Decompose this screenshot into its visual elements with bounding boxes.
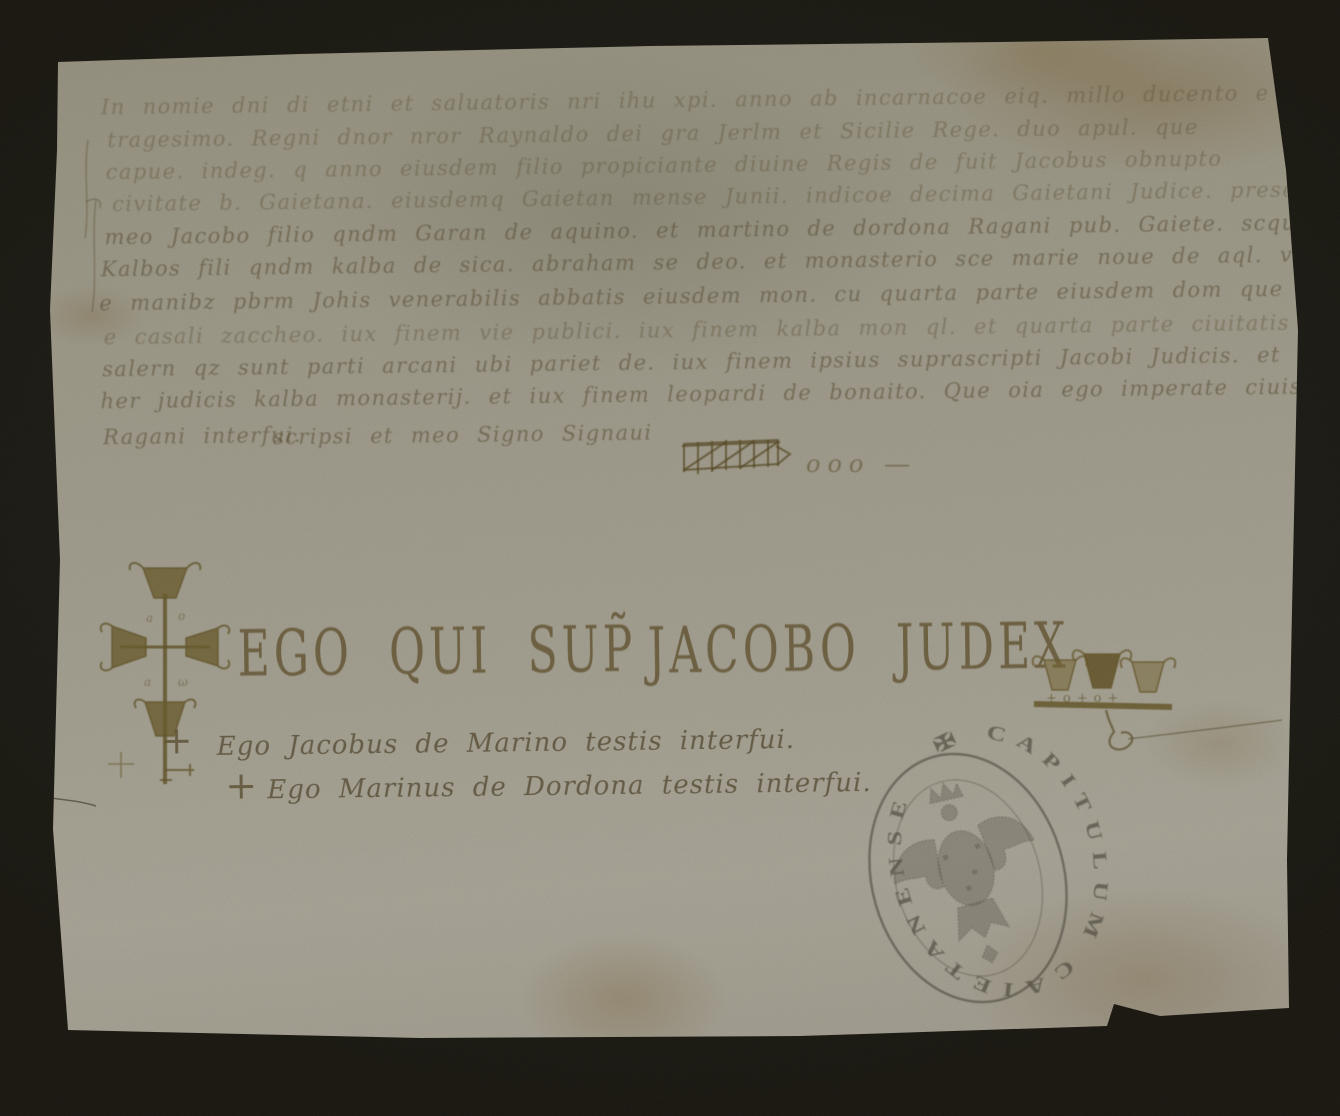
notarial-cross-signum-icon: a o a ω — [90, 552, 240, 802]
quadrant-letter: o — [178, 609, 185, 623]
body-line: In nomie dni di etni et saluatoris nri i… — [101, 81, 1270, 119]
capitular-archive-stamp: ✠ CAPITULUM CAIETANENSE — [848, 732, 1088, 1032]
body-line: e manibz pbrm Johis venerabilis abbatis … — [99, 277, 1283, 315]
photograph-of-parchment-charter: In nomie dni di etni et saluatoris nri i… — [0, 0, 1340, 1116]
display-line-ego-qui-sup: EGO QUI SUP̃ — [237, 613, 637, 692]
body-line: her judicis kalba monasterij. et iux fin… — [100, 374, 1340, 414]
body-line: meo Jacobo filio qndm Garan de aquino. e… — [104, 210, 1318, 249]
subscription-line: Ego Jacobus de Marino testis interfui. — [217, 725, 796, 762]
body-line: e casali zaccheo. iux finem vie publici.… — [104, 311, 1290, 349]
body-line: tragesimo. Regni dnor nror Raynaldo dei … — [107, 115, 1199, 152]
body-line: civitate b. Gaietana. eiusdemq Gaietan m… — [112, 177, 1340, 216]
signum-tick-marks: +o+o+ — [1046, 691, 1124, 706]
quadrant-letter: ω — [178, 675, 188, 689]
parchment-sheet: In nomie dni di etni et saluatoris nri i… — [40, 30, 1308, 1050]
closing-flourish: ooo ― — [806, 450, 916, 478]
quadrant-letter: a — [146, 611, 153, 625]
body-line: salern qz sunt parti arcani ubi pariet d… — [102, 342, 1340, 382]
quadrant-letter: a — [144, 675, 151, 689]
handwriting-layer: In nomie dni di etni et saluatoris nri i… — [40, 15, 1320, 1050]
lattice-signum-icon — [678, 432, 796, 482]
display-line-jacobo-judex: JACOBO JUDEX — [647, 609, 1070, 688]
margin-pen-trial-strokes — [76, 136, 110, 316]
body-line: Kalbos fili qndm kalba de sica. abraham … — [101, 242, 1316, 281]
closing-line-right: scripsi et meo Signo Signaui — [273, 421, 653, 450]
body-line: capue. indeg. q anno eiusdem filio propi… — [106, 147, 1223, 185]
subscription-line: Ego Marinus de Dordona testis interfui. — [267, 768, 872, 805]
